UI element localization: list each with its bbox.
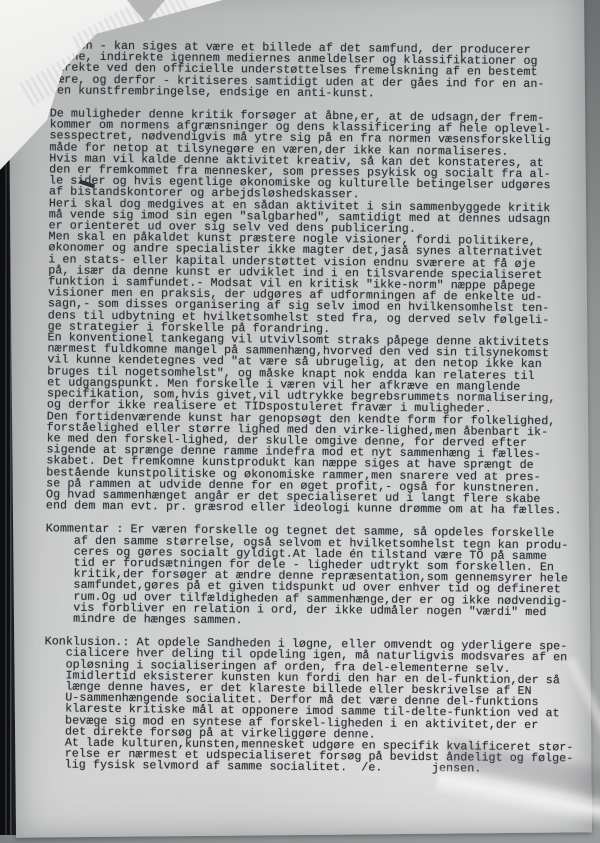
paragraph-intro: sten - kan siges at være et billede af d… [50, 40, 585, 101]
text-line: end dem man evt. pr. græsrod eller ideol… [46, 500, 580, 516]
paragraph-body: De muligheder denne kritik forsøger at å… [46, 108, 584, 516]
typewritten-page: sten - kan siges at være et billede af d… [8, 0, 592, 838]
photographed-document: sten - kan siges at være et billede af d… [0, 0, 600, 843]
paragraph-kommentar: Kommentar : Er væren forskelle og tegnet… [45, 524, 580, 630]
typewritten-text: sten - kan siges at være et billede af d… [43, 40, 584, 776]
